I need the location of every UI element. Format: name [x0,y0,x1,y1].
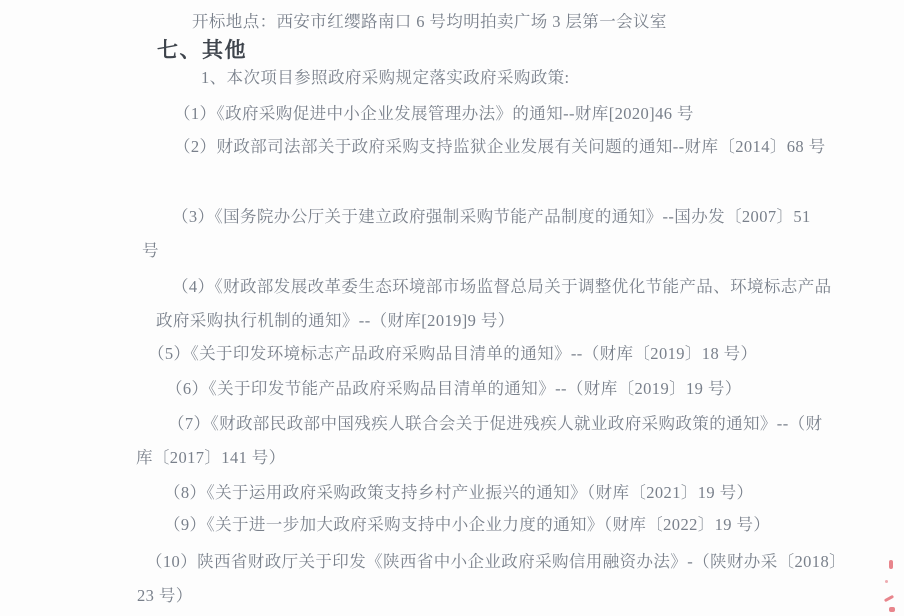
red-ink-artifact [889,607,895,612]
red-ink-artifact [884,595,894,602]
policy-line-10: （10）陕西省财政厅关于印发《陕西省中小企业政府采购信用融资办法》-（陕财办采〔… [146,548,846,572]
red-ink-artifact [885,580,888,583]
policy-line-9: （9）《关于进一步加大政府采购支持中小企业力度的通知》（财库〔2022〕19 号… [164,511,770,535]
opening-location-line: 开标地点：西安市红缨路南口 6 号均明拍卖广场 3 层第一会议室 [192,8,667,32]
policy-intro-line: 1、本次项目参照政府采购规定落实政府采购政策: [201,64,570,88]
scanned-document-screenshot: { "colors": { "page_background": "#fdfdf… [0,0,904,616]
policy-line-5: （5）《关于印发环境标志产品政府采购品目清单的通知》--（财库〔2019〕18 … [148,340,757,364]
policy-line-10-continuation: 23 号） [137,582,193,606]
policy-line-3-continuation: 号 [142,237,159,261]
section-heading: 七、其他 [157,34,247,64]
policy-line-4: （4）《财政部发展改革委生态环境部市场监督总局关于调整优化节能产品、环境标志产品 [172,273,832,297]
policy-line-8: （8）《关于运用政府采购政策支持乡村产业振兴的通知》（财库〔2021〕19 号） [164,479,753,503]
policy-line-7: （7）《财政部民政部中国残疾人联合会关于促进残疾人就业政府采购政策的通知》--（… [168,410,822,434]
red-ink-artifact [889,560,893,569]
policy-line-4-continuation: 政府采购执行机制的通知》--（财库[2019]9 号） [156,307,515,331]
policy-line-6: （6）《关于印发节能产品政府采购品目清单的通知》--（财库〔2019〕19 号） [166,375,742,399]
policy-line-7-continuation: 库〔2017〕141 号） [136,444,286,468]
policy-line-3: （3）《国务院办公厅关于建立政府强制采购节能产品制度的通知》--国办发〔2007… [172,203,811,227]
document-page: 开标地点：西安市红缨路南口 6 号均明拍卖广场 3 层第一会议室 七、其他 1、… [0,0,904,616]
policy-line-1: （1）《政府采购促进中小企业发展管理办法》的通知--财库[2020]46 号 [174,100,694,124]
policy-line-2: （2）财政部司法部关于政府采购支持监狱企业发展有关问题的通知--财库〔2014〕… [174,133,825,157]
